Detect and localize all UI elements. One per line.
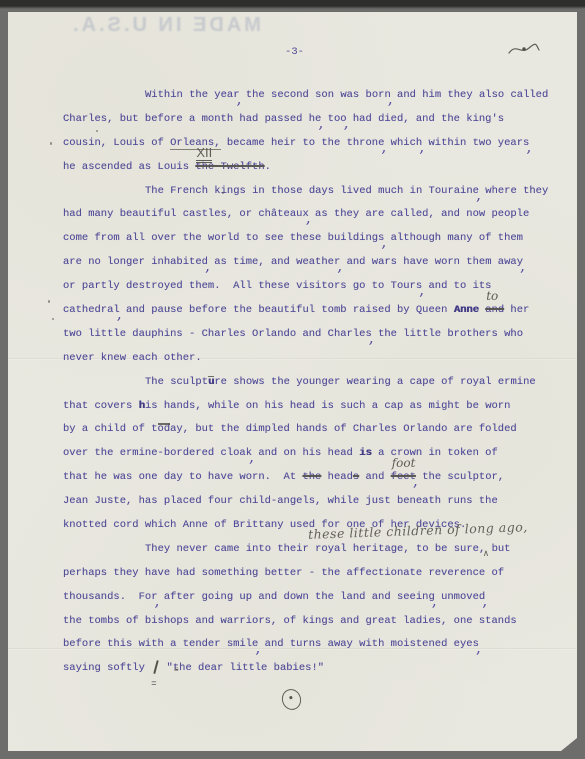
typed-text: od — [158, 423, 171, 435]
paper-speck — [50, 142, 52, 145]
typed-text: and to its — [422, 280, 491, 292]
typed-text: u — [208, 376, 214, 388]
typed-text: a crown in token of — [372, 447, 498, 459]
typed-text: and turns away with moistened eyes — [258, 638, 479, 650]
paper-watermark: MADE IN U.S.A. — [70, 14, 261, 37]
typed-line: these little children of long ago,They n… — [63, 538, 543, 562]
typed-line: he ascended as Louis the TwelfthXII. — [63, 156, 543, 180]
struck-typed-text: the — [302, 471, 321, 483]
typed-line: perhaps they have had something better -… — [63, 562, 543, 586]
circled-dot-mark — [279, 687, 304, 713]
typed-text: head — [321, 471, 353, 483]
typed-text: ay, but the dimpled hands of Charles Orl… — [170, 423, 517, 435]
typed-text: as time, and weather — [208, 256, 340, 268]
typed-text: Jean Juste, has placed four child-angels… — [63, 495, 498, 507]
typed-line: saying softly "the dear little babies!" — [63, 657, 543, 681]
typed-line: over the ermine-bordered cloak, and on h… — [63, 442, 543, 466]
typed-text: come from all over the world to see thes… — [63, 232, 384, 244]
typed-text: t — [173, 657, 179, 681]
typed-text: before this with a tender smile — [63, 638, 258, 650]
paper-speck — [48, 300, 50, 303]
typed-line: that he was one day to have worn. At the… — [63, 466, 543, 490]
typed-text: Within the year — [145, 89, 240, 101]
handwritten-correction: XII — [196, 147, 212, 163]
handwritten-correction: foot — [392, 457, 416, 469]
typed-text: after going up and down the land and see… — [158, 591, 435, 603]
typed-line: or partly destroyed them. All these visi… — [63, 275, 543, 299]
typed-text: cathedral — [63, 304, 120, 316]
typed-text: although many of them — [384, 232, 523, 244]
typed-line: by a child of today, but the dimpled han… — [63, 418, 543, 442]
typed-text: that covers — [63, 400, 139, 412]
typed-text: is hands, while on his head is such a ca… — [145, 400, 510, 412]
typed-text: cousin, Louis of — [63, 137, 170, 149]
typed-text: he dear little babies!" — [179, 662, 324, 674]
typed-text: too — [321, 113, 346, 125]
typed-text: two little dauphins - Charles Orlando an… — [63, 328, 372, 340]
typed-text: are no longer inhabited — [63, 256, 208, 268]
insert-colon-mark — [151, 669, 160, 670]
typed-text: that he was one day to have worn. At — [63, 471, 302, 483]
typed-line: Within the year, the second son was born… — [63, 84, 543, 108]
typed-line: Charles, but before a month had passed h… — [63, 108, 543, 132]
typed-text: and — [359, 471, 391, 483]
typed-text: and pause before the beautiful tomb rais… — [120, 304, 454, 316]
typed-text: is — [359, 447, 372, 459]
typed-text: thousands. For — [63, 591, 158, 603]
typed-line: are no longer inhabited, as time, and we… — [63, 251, 543, 275]
typed-text: within two years — [422, 137, 529, 149]
manuscript-page: MADE IN U.S.A. -3- Within the year, the … — [8, 12, 577, 751]
typed-text: perhaps they have had something better -… — [63, 567, 504, 579]
typed-line: The French kings in those days lived muc… — [63, 180, 543, 204]
typed-line: come from all over the world to see thes… — [63, 227, 543, 251]
typed-line: that covers his hands, while on his head… — [63, 395, 543, 419]
typed-text: by a child of t — [63, 423, 158, 435]
page-number: -3- — [10, 46, 579, 58]
typed-text: which — [384, 137, 422, 149]
typed-text: Charles, but before a month had passed h… — [63, 113, 321, 125]
paper-speck — [222, 192, 224, 194]
typed-text: The French kings in those days lived muc… — [145, 185, 479, 197]
typed-line: the tombs of bishops and warriors, of ki… — [63, 610, 543, 634]
typed-text: had many beautiful castles, or châteaux — [63, 208, 309, 220]
typed-text: but — [485, 543, 510, 555]
typed-line: thousands. For, after going up and down … — [63, 586, 543, 610]
typed-text: and on his head — [252, 447, 359, 459]
typed-line: Jean Juste, has placed four child-angels… — [63, 490, 543, 514]
handwritten-correction: to — [486, 290, 498, 302]
typed-lines: Within the year, the second son was born… — [63, 84, 543, 681]
typed-line: before this with a tender smile, and tur… — [63, 633, 543, 657]
typed-text: he ascended as Louis — [63, 161, 195, 173]
typed-line: cathedral, and pause before the beautifu… — [63, 299, 543, 323]
typed-text: where they — [479, 185, 548, 197]
struck-typed-text: andto — [485, 304, 504, 316]
typed-text: and him they also called — [391, 89, 549, 101]
typed-text: her — [504, 304, 529, 316]
typed-text: They never came into their royal heritag… — [145, 543, 485, 555]
paper-speck — [52, 318, 54, 320]
typed-text: re shows the younger wearing a cape of r… — [214, 376, 535, 388]
typed-text: Orleans, — [170, 137, 220, 150]
typed-text: as they are called, and now people — [309, 208, 530, 220]
typed-line: cousin, Louis of Orleans, became heir to… — [63, 132, 543, 156]
typed-text: and wars have worn them away — [340, 256, 523, 268]
typed-text: or partly destroyed them. All these visi… — [63, 280, 422, 292]
typed-text: over the ermine-bordered cloak — [63, 447, 252, 459]
struck-typed-text: the TwelfthXII — [195, 161, 264, 173]
typed-text: Anne — [454, 304, 479, 316]
pencil-squiggle-mark — [506, 40, 542, 60]
typed-text: . — [265, 161, 271, 173]
typed-line: two little dauphins - Charles Orlando an… — [63, 323, 543, 347]
typed-text: unmoved — [435, 591, 485, 603]
typed-text: " — [160, 662, 173, 674]
typed-text: the little brothers who — [372, 328, 523, 340]
typed-line: The sculpture shows the younger wearing … — [63, 371, 543, 395]
paper-speck — [96, 130, 98, 132]
typed-text: the sculptor, — [416, 471, 504, 483]
paper-speck — [168, 307, 170, 309]
typed-text: The sculpt — [145, 376, 208, 388]
typed-text: became heir to the throne — [221, 137, 385, 149]
typed-line: had many beautiful castles, or châteaux,… — [63, 203, 543, 227]
scan-background: { "page": { "watermark": "MADE IN U.S.A.… — [0, 0, 585, 759]
typed-text: the second son was born — [240, 89, 391, 101]
typed-text: saying softly — [63, 662, 151, 674]
typed-text: never knew each other. — [63, 352, 202, 364]
typed-text: the tombs of bishops and warriors, of ki… — [63, 615, 517, 627]
typed-text: had died, and the king's — [347, 113, 505, 125]
typed-line: never knew each other. — [63, 347, 543, 371]
